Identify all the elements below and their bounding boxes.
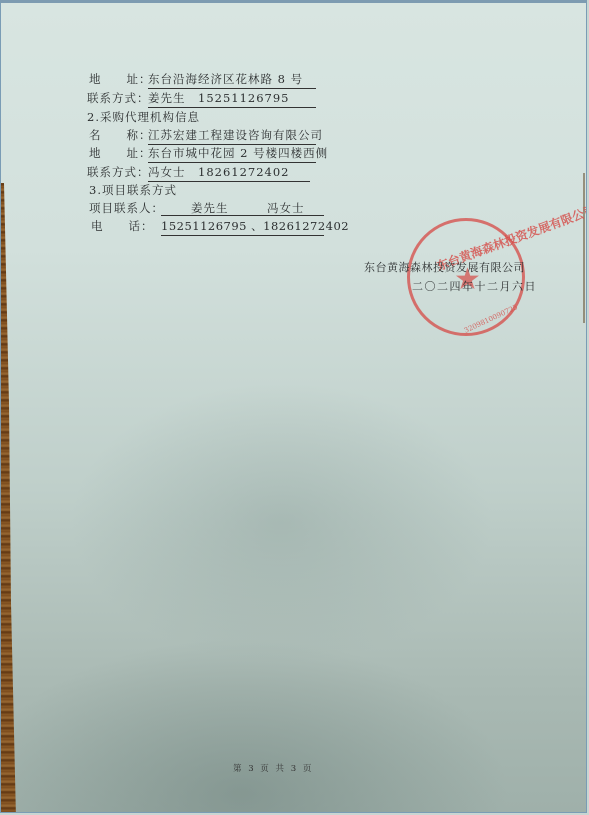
signature-date: 二〇二四年十二月六日 bbox=[412, 278, 537, 294]
signature-company: 东台黄海森林投资发展有限公司 bbox=[364, 259, 525, 275]
project-person-2: 冯女士 bbox=[267, 200, 305, 216]
phone-label: 电 话： bbox=[91, 218, 154, 234]
project-person-1: 姜先生 bbox=[191, 200, 229, 216]
phone-value: 15251126795 、18261272402 bbox=[161, 218, 324, 236]
address-value: 东台沿海经济区花林路 8 号 bbox=[148, 71, 316, 89]
agency-address-label: 地 址： bbox=[89, 145, 152, 161]
agency-heading: 2.采购代理机构信息 bbox=[87, 109, 200, 125]
agency-address-value: 东台市城中花园 2 号楼四楼西侧 bbox=[148, 145, 316, 163]
page-number: 第 3 页 共 3 页 bbox=[233, 762, 313, 774]
company-seal: ★ 东台黄海森林投资发展有限公司 3209810090725 bbox=[407, 218, 525, 336]
address-label: 地 址： bbox=[89, 71, 152, 87]
agency-contact-value: 冯女士 18261272402 bbox=[148, 164, 310, 182]
contact-label: 联系方式： bbox=[87, 90, 150, 106]
project-person-line: 姜先生 冯女士 bbox=[161, 200, 324, 216]
agency-contact-label: 联系方式： bbox=[87, 164, 150, 180]
project-contact-heading: 3.项目联系方式 bbox=[89, 182, 177, 198]
contact-value: 姜先生 15251126795 bbox=[148, 90, 316, 108]
desk-edge-right bbox=[583, 173, 585, 323]
project-person-label: 项目联系人： bbox=[89, 200, 164, 216]
agency-name-value: 江苏宏建工程建设咨询有限公司 bbox=[148, 127, 316, 145]
document-frame: 地 址： 东台沿海经济区花林路 8 号 联系方式： 姜先生 1525112679… bbox=[0, 0, 587, 813]
agency-name-label: 名 称： bbox=[89, 127, 152, 143]
